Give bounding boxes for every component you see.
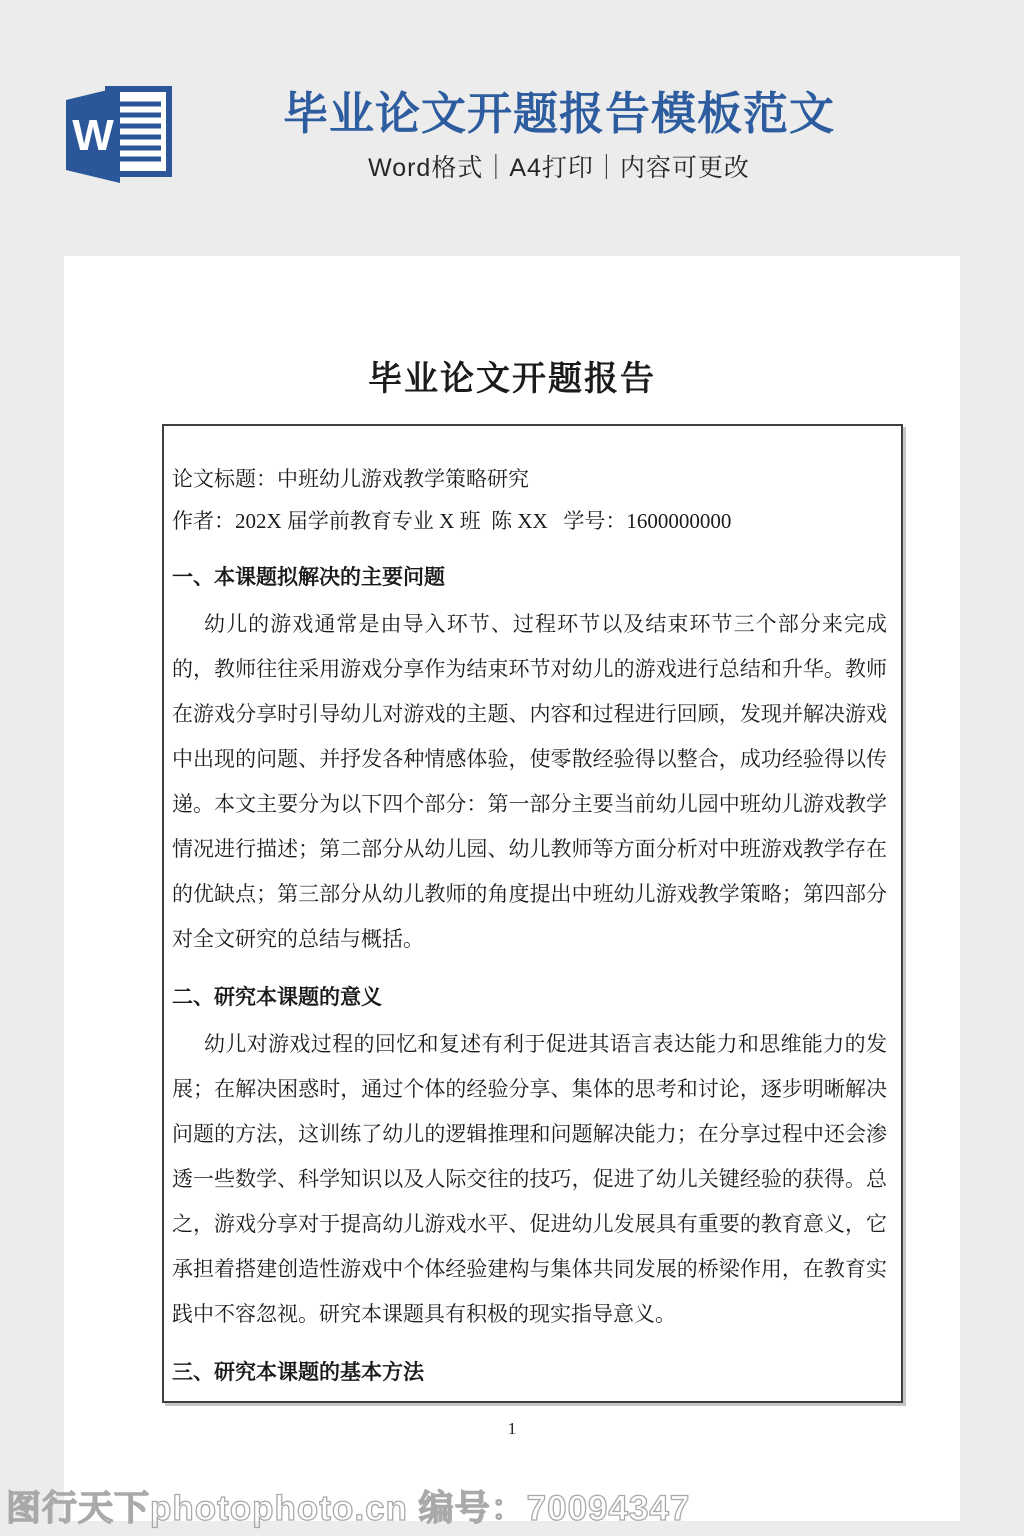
thesis-title-line: 论文标题：中班幼儿游戏教学策略研究: [172, 458, 887, 500]
page-number: 1: [64, 1419, 960, 1439]
section-3: 三、研究本课题的基本方法: [172, 1351, 887, 1393]
template-header: W 毕业论文开题报告模板范文 Word格式｜A4打印｜内容可更改: [0, 0, 1024, 256]
word-file-icon: W: [60, 82, 178, 188]
word-icon-letter: W: [72, 111, 114, 160]
document-page: 毕业论文开题报告 论文标题：中班幼儿游戏教学策略研究 作者：202X 届学前教育…: [64, 256, 960, 1521]
section-2-heading: 二、研究本课题的意义: [172, 976, 887, 1018]
word-icon-graphic: W: [60, 82, 178, 188]
section-2: 二、研究本课题的意义 幼儿对游戏过程的回忆和复述有利于促进其语言表达能力和思维能…: [172, 976, 887, 1337]
screenshot-canvas: W 毕业论文开题报告模板范文 Word格式｜A4打印｜内容可更改 毕业论文开题报…: [0, 0, 1024, 1536]
report-border-box: 论文标题：中班幼儿游戏教学策略研究 作者：202X 届学前教育专业 X 班 陈 …: [162, 424, 903, 1403]
author-line: 作者：202X 届学前教育专业 X 班 陈 XX 学号：1600000000: [172, 500, 887, 542]
template-title: 毕业论文开题报告模板范文: [178, 88, 940, 140]
watermark-text: 图行天下photophoto.cn 编号：70094347: [6, 1481, 690, 1531]
section-2-body: 幼儿对游戏过程的回忆和复述有利于促进其语言表达能力和思维能力的发展；在解决困惑时…: [172, 1022, 887, 1337]
section-1-heading: 一、本课题拟解决的主要问题: [172, 556, 887, 598]
section-1: 一、本课题拟解决的主要问题 幼儿的游戏通常是由导入环节、过程环节以及结束环节三个…: [172, 556, 887, 962]
template-subtitle: Word格式｜A4打印｜内容可更改: [178, 153, 940, 183]
report-meta-block: 论文标题：中班幼儿游戏教学策略研究 作者：202X 届学前教育专业 X 班 陈 …: [172, 458, 887, 542]
document-title: 毕业论文开题报告: [64, 256, 960, 403]
section-3-heading: 三、研究本课题的基本方法: [172, 1351, 887, 1393]
section-1-body: 幼儿的游戏通常是由导入环节、过程环节以及结束环节三个部分来完成的，教师往往采用游…: [172, 602, 887, 962]
header-text-block: 毕业论文开题报告模板范文 Word格式｜A4打印｜内容可更改: [178, 88, 940, 183]
